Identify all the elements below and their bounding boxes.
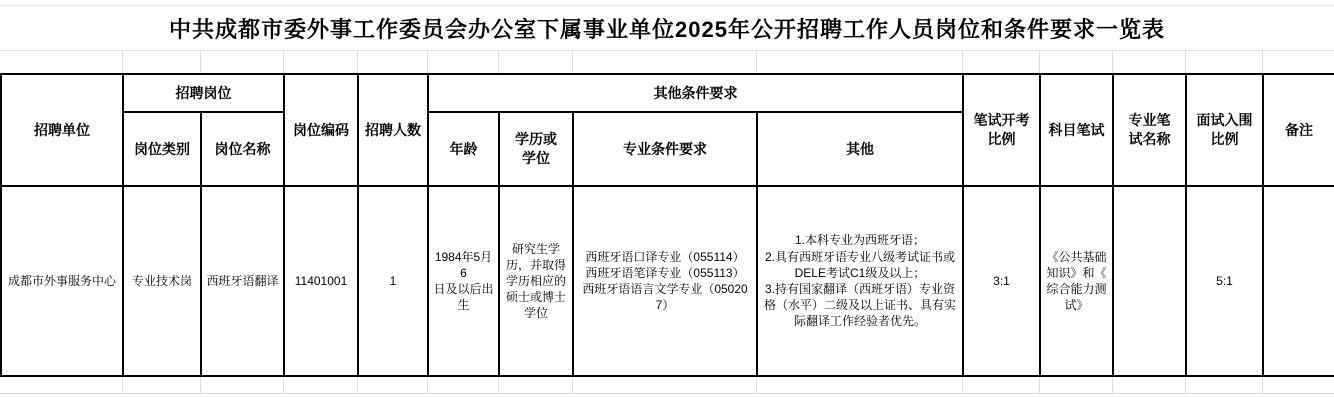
header-position-name: 岗位名称 <box>201 112 284 186</box>
cell-position-name: 西班牙语翻译 <box>201 186 284 376</box>
faint-gridline <box>1112 377 1113 393</box>
header-age: 年龄 <box>428 112 499 186</box>
faint-gridline <box>1262 377 1263 393</box>
gridline-strip-bottom <box>0 377 1334 394</box>
header-position-group: 招聘岗位 <box>123 74 284 112</box>
faint-gridline <box>1112 51 1113 73</box>
header-written-exam-ratio: 笔试开考 比例 <box>963 74 1040 186</box>
header-major-requirements: 专业条件要求 <box>573 112 757 186</box>
faint-gridline <box>498 377 499 393</box>
faint-gridline <box>200 51 201 73</box>
cell-position-type: 专业技术岗 <box>123 186 201 376</box>
faint-gridline <box>122 377 123 393</box>
gridline-strip-top <box>0 50 1334 73</box>
table-row: 成都市外事服务中心 专业技术岗 西班牙语翻译 11401001 1 1984年5… <box>1 186 1334 376</box>
faint-gridline <box>572 377 573 393</box>
cell-other: 1.本科专业为西班牙语； 2.具有西班牙语专业八级考试证书或 DELE考试C1级… <box>757 186 963 376</box>
page-title: 中共成都市委外事工作委员会办公室下属事业单位2025年公开招聘工作人员岗位和条件… <box>0 5 1334 50</box>
faint-gridline <box>427 377 428 393</box>
header-professional-exam-name: 专业笔 试名称 <box>1113 74 1186 186</box>
cell-major-requirements: 西班牙语口译专业（055114） 西班牙语笔译专业（055113） 西班牙语语言… <box>573 186 757 376</box>
header-recruiting-unit: 招聘单位 <box>1 74 123 186</box>
faint-gridline <box>283 377 284 393</box>
cell-remarks <box>1263 186 1334 376</box>
faint-gridline <box>357 51 358 73</box>
recruitment-table: 招聘单位 招聘岗位 岗位编码 招聘人数 其他条件要求 笔试开考 比例 科目笔试 … <box>0 73 1334 377</box>
faint-gridline <box>122 51 123 73</box>
faint-gridline <box>1039 377 1040 393</box>
header-remarks: 备注 <box>1263 74 1334 186</box>
header-written-exam-subjects: 科目笔试 <box>1040 74 1113 186</box>
recruitment-sheet: 中共成都市委外事工作委员会办公室下属事业单位2025年公开招聘工作人员岗位和条件… <box>0 0 1334 398</box>
header-other: 其他 <box>757 112 963 186</box>
cell-position-code: 11401001 <box>284 186 358 376</box>
header-interview-ratio: 面试入围 比例 <box>1186 74 1263 186</box>
faint-gridline <box>756 51 757 73</box>
header-position-code: 岗位编码 <box>284 74 358 186</box>
faint-gridline <box>357 377 358 393</box>
faint-gridline <box>1185 51 1186 73</box>
faint-gridline <box>962 51 963 73</box>
cell-written-exam-subjects: 《公共基础 知识》和《 综合能力测 试》 <box>1040 186 1113 376</box>
header-headcount: 招聘人数 <box>358 74 428 186</box>
faint-gridline <box>1039 51 1040 73</box>
faint-gridline <box>572 51 573 73</box>
cell-education: 研究生学 历，并取得 学历相应的 硕士或博士 学位 <box>499 186 573 376</box>
faint-gridline <box>1262 51 1263 73</box>
faint-gridline <box>283 51 284 73</box>
cell-recruiting-unit: 成都市外事服务中心 <box>1 186 123 376</box>
header-row-1: 招聘单位 招聘岗位 岗位编码 招聘人数 其他条件要求 笔试开考 比例 科目笔试 … <box>1 74 1334 112</box>
cell-interview-ratio: 5:1 <box>1186 186 1263 376</box>
cell-headcount: 1 <box>358 186 428 376</box>
faint-gridline <box>1185 377 1186 393</box>
faint-gridline <box>427 51 428 73</box>
cell-written-exam-ratio: 3:1 <box>963 186 1040 376</box>
faint-gridline <box>756 377 757 393</box>
cell-age: 1984年5月6 日及以后出 生 <box>428 186 499 376</box>
cell-professional-exam-name <box>1113 186 1186 376</box>
header-position-type: 岗位类别 <box>123 112 201 186</box>
faint-gridline <box>200 377 201 393</box>
header-other-requirements-group: 其他条件要求 <box>428 74 963 112</box>
faint-gridline <box>962 377 963 393</box>
header-education: 学历或 学位 <box>499 112 573 186</box>
faint-gridline <box>498 51 499 73</box>
